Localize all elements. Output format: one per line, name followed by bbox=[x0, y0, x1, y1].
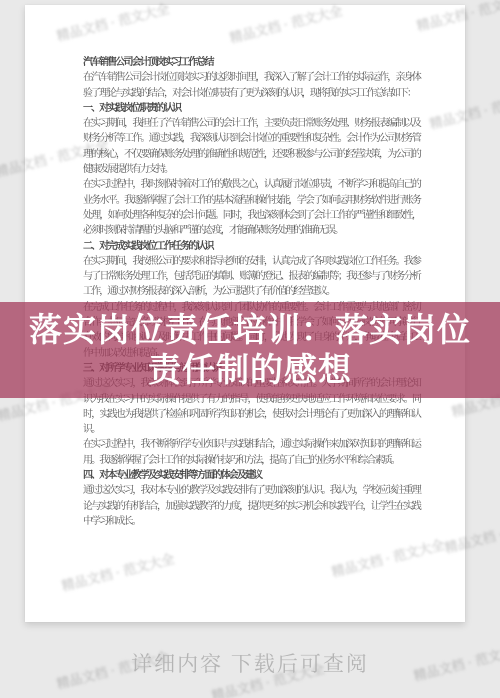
download-hint-text: 详细内容 下载后可查阅 bbox=[0, 650, 500, 680]
doc-heading: 四、对本专业教学及实践安排等方面的体会及建议 bbox=[83, 468, 420, 483]
preview-background: 汽车销售公司会计顶岗实习工作总结在汽车销售公司会计岗位顶岗实习的这段时间里，我深… bbox=[0, 0, 500, 698]
doc-paragraph: 在实习期间，我按照公司的要求和指导老师的安排，认真完成了各项实践岗位工作任务。我… bbox=[83, 254, 420, 300]
doc-heading: 一、对实践岗位职责的认识 bbox=[83, 101, 420, 116]
doc-heading: 汽车销售公司会计顶岗实习工作总结 bbox=[83, 55, 420, 70]
doc-paragraph: 通过这次实习，我对本专业的教学及实践安排有了更加深刻的认识。我认为，学校应该注重… bbox=[83, 483, 420, 529]
promo-title-banner: 落实岗位责任培训：落实岗位 责任制的感想 bbox=[0, 302, 500, 398]
banner-title-line1: 落实岗位责任培训：落实岗位 bbox=[29, 310, 471, 350]
doc-paragraph: 在汽车销售公司会计岗位顶岗实习的这段时间里，我深入了解了会计工作的实际运作，亲身… bbox=[83, 70, 420, 101]
document-content: 汽车销售公司会计顶岗实习工作总结在汽车销售公司会计岗位顶岗实习的这段时间里，我深… bbox=[83, 55, 420, 529]
banner-title-line2: 责任制的感想 bbox=[148, 350, 352, 390]
doc-paragraph: 在实习过程中，我时刻保持着对工作的敬畏之心，认真履行岗位职责，不断学习和提高自己… bbox=[83, 177, 420, 238]
doc-paragraph: 在实习期间，我担任了汽车销售公司的会计工作，主要负责日常账务处理、财务报表编制以… bbox=[83, 116, 420, 177]
doc-heading: 二、对完成实践岗位工作任务的认识 bbox=[83, 239, 420, 254]
doc-paragraph: 在实习过程中，我不断将所学专业知识与实践相结合，通过实际操作来加深对知识的理解和… bbox=[83, 437, 420, 468]
